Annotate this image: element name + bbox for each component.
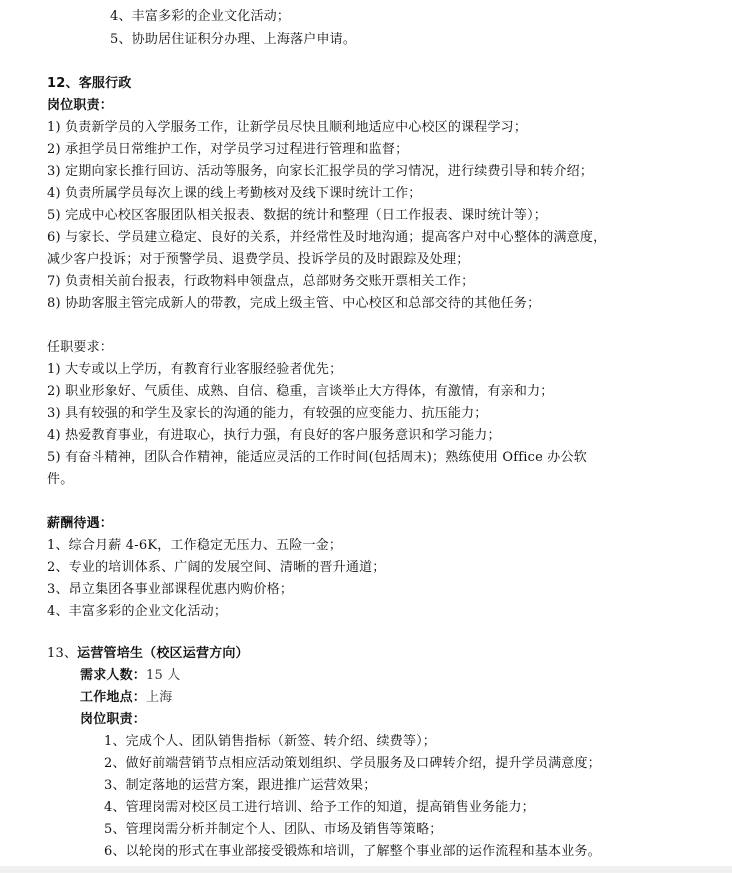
duty-item: 4、管理岗需对校区员工进行培训、给予工作的知道，提高销售业务能力； <box>104 799 535 817</box>
benefit-item: 3、昂立集团各事业部课程优惠内购价格； <box>47 581 293 599</box>
headcount-row: 需求人数：15 人 <box>80 667 181 685</box>
section-12-title: 12、客服行政 <box>47 75 132 93</box>
prev-benefit-item: 4、丰富多彩的企业文化活动； <box>110 8 290 26</box>
duty-item: 3) 定期向家长推行回访、活动等服务，向家长汇报学员的学习情况，进行续费引导和转… <box>47 163 593 181</box>
duty-item: 5) 完成中心校区客服团队相关报表、数据的统计和整理（日工作报表、课时统计等）； <box>47 207 547 225</box>
duty-item: 8) 协助客服主管完成新人的带教，完成上级主管、中心校区和总部交待的其他任务； <box>47 295 540 313</box>
section-13-duties-heading: 岗位职责： <box>80 711 146 729</box>
requirement-item: 4) 热爱教育事业，有进取心，执行力强，有良好的客户服务意识和学习能力； <box>47 427 501 445</box>
requirement-item: 3) 具有较强的和学生及家长的沟通的能力，有较强的应变能力、抗压能力； <box>47 405 487 423</box>
benefit-item: 4、丰富多彩的企业文化活动； <box>47 603 227 621</box>
benefit-item: 2、专业的培训体系、广阔的发展空间、清晰的晋升通道； <box>47 559 385 577</box>
requirement-item-continued: 件。 <box>47 471 73 489</box>
duty-item: 6、以轮岗的形式在事业部接受锻炼和培训，了解整个事业部的运作流程和基本业务。 <box>104 843 601 861</box>
headcount-value: 15 人 <box>146 668 180 683</box>
duty-item: 2、做好前端营销节点相应活动策划组织、学员服务及口碑转介绍，提升学员满意度； <box>104 755 601 773</box>
section-13-title-text: 运营管培生（校区运营方向） <box>77 646 249 661</box>
requirement-item: 2) 职业形象好、气质佳、成熟、自信、稳重，言谈举止大方得体，有激情，有亲和力； <box>47 383 553 401</box>
duty-item-continued: 减少客户投诉；对于预警学员、退费学员、投诉学员的及时跟踪及处理； <box>47 251 469 269</box>
duty-item: 1、完成个人、团队销售指标（新签、转介绍、续费等）； <box>104 733 436 751</box>
document-page: 4、丰富多彩的企业文化活动； 5、协助居住证积分办理、上海落户申请。 12、客服… <box>0 0 732 866</box>
prev-benefit-item: 5、协助居住证积分办理、上海落户申请。 <box>110 31 356 49</box>
duty-item: 3、制定落地的运营方案，跟进推广运营效果； <box>104 777 376 795</box>
section-13-title: 13、运营管培生（校区运营方向） <box>47 645 249 663</box>
page-bottom-edge <box>0 866 732 873</box>
duty-item: 4) 负责所属学员每次上课的线上考勤核对及线下课时统计工作； <box>47 185 421 203</box>
requirements-heading: 任职要求： <box>47 339 113 357</box>
requirement-item: 1) 大专或以上学历，有教育行业客服经验者优先； <box>47 361 342 379</box>
duty-item: 1) 负责新学员的入学服务工作，让新学员尽快且顺利地适应中心校区的课程学习； <box>47 119 527 137</box>
duty-item: 6) 与家长、学员建立稳定、良好的关系，并经常性及时地沟通；提高客户对中心整体的… <box>47 229 606 247</box>
headcount-label: 需求人数： <box>80 668 146 683</box>
requirement-item: 5) 有奋斗精神，团队合作精神，能适应灵活的工作时间(包括周末)；熟练使用 Of… <box>47 449 587 467</box>
duty-item: 2) 承担学员日常维护工作，对学员学习过程进行管理和监督； <box>47 141 408 159</box>
benefit-item: 1、综合月薪 4-6K，工作稳定无压力、五险一金； <box>47 537 342 555</box>
section-12-duties-heading: 岗位职责： <box>47 97 113 115</box>
duty-item: 5、管理岗需分析并制定个人、团队、市场及销售等策略； <box>104 821 442 839</box>
location-label: 工作地点： <box>80 690 146 705</box>
duty-item: 7) 负责相关前台报表，行政物料申领盘点，总部财务交账开票相关工作； <box>47 273 474 291</box>
location-row: 工作地点：上海 <box>80 689 172 707</box>
location-value: 上海 <box>146 690 172 705</box>
section-13-number: 13、 <box>47 646 77 661</box>
benefits-heading: 薪酬待遇： <box>47 515 113 533</box>
